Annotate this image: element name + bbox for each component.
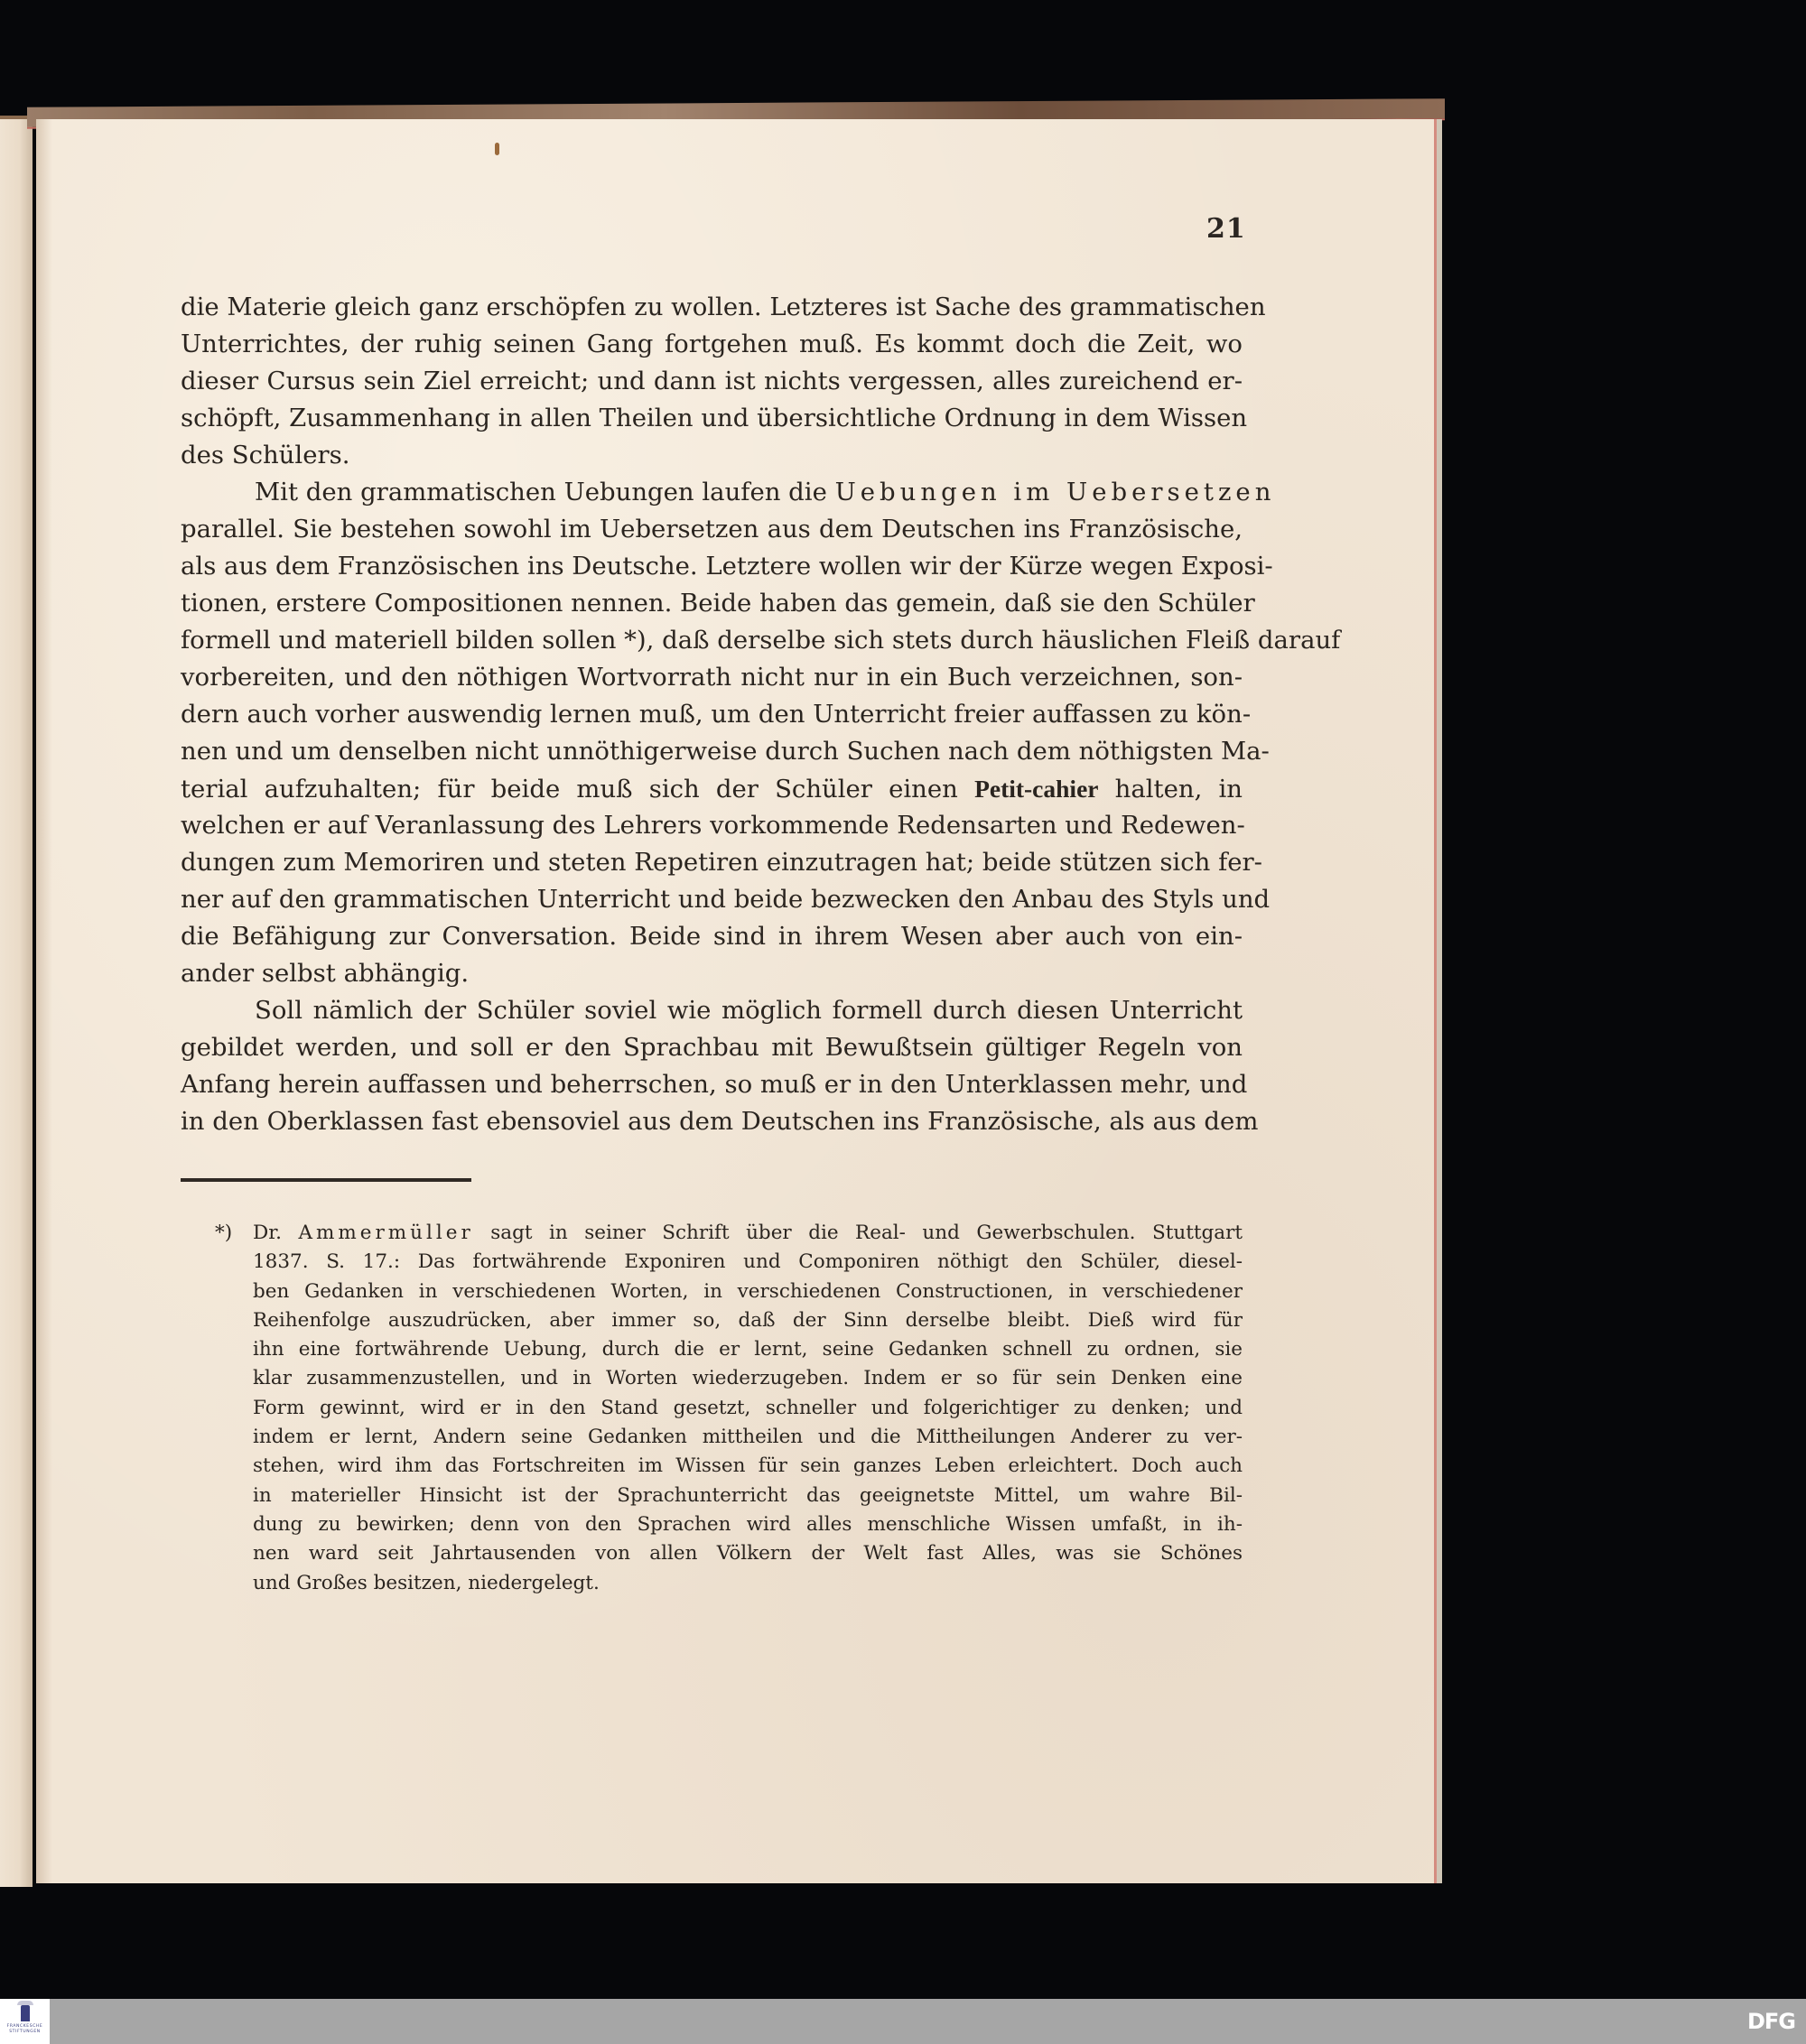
gutter-shadow [36,119,52,1883]
text-span: ihn eine fortwährende Uebung, durch die … [253,1338,1243,1361]
text-span: stehen, wird ihm das Fortschreiten im Wi… [253,1454,1243,1477]
logo-figure-icon [21,2005,30,2021]
text-line: schöpft, Zusammenhang in allen Theilen u… [181,400,1243,437]
text-span: Mit den grammatischen Uebungen laufen di… [255,478,835,506]
footnote-marker: *) [215,1219,232,1248]
text-line: die Befähigung zur Conversation. Beide s… [181,918,1243,955]
text-span: ben Gedanken in verschiedenen Worten, in… [253,1280,1243,1303]
text-line: des Schülers. [181,437,1243,474]
ink-spot [495,143,499,155]
foreign-term: Petit-cahier [974,775,1098,803]
author-name: Ammermüller [298,1222,473,1244]
text-line: welchen er auf Veranlassung des Lehrers … [181,807,1243,844]
text-line: parallel. Sie bestehen sowohl im Ueberse… [181,511,1243,548]
dfg-logo[interactable]: DFG [1747,2009,1795,2034]
text-span: indem er lernt, Andern seine Gedanken mi… [253,1426,1243,1448]
footnote-separator [181,1178,471,1182]
text-line: die Materie gleich ganz erschöpfen zu wo… [181,289,1243,326]
body-text: die Materie gleich ganz erschöpfen zu wo… [181,289,1243,1140]
footnote-line: indem er lernt, Andern seine Gedanken mi… [181,1423,1243,1452]
text-line: tionen, erstere Compositionen nennen. Be… [181,585,1243,622]
text-line: dungen zum Memoriren und steten Repetire… [181,844,1243,881]
text-span: Reihenfolge auszudrücken, aber immer so,… [253,1309,1243,1332]
text-span: terial aufzuhalten; für beide muß sich d… [181,775,974,804]
footnote-line: dung zu bewirken; denn von den Sprachen … [181,1510,1243,1539]
page-number: 21 [1206,213,1246,245]
text-line: ner auf den grammatischen Unterricht und… [181,881,1243,918]
viewer-footer-bar: FRANCKESCHE STIFTUNGEN DFG [0,1999,1806,2044]
text-line: ander selbst abhängig. [181,955,1243,992]
footnote-line: in materieller Hinsicht ist der Sprachun… [181,1482,1243,1510]
text-span: und Großes besitzen, niedergelegt. [253,1572,600,1594]
footnote-line: Reihenfolge auszudrücken, aber immer so,… [181,1306,1243,1335]
text-line: nen und um denselben nicht unnöthigerwei… [181,733,1243,770]
scan-viewport: 21 die Materie gleich ganz erschöpfen zu… [0,0,1806,1999]
footnote-line: 1837. S. 17.: Das fortwährende Exponiren… [181,1248,1243,1277]
text-span: Dr. [253,1222,298,1244]
text-span: nen ward seit Jahrtausenden von allen Vö… [253,1542,1243,1565]
text-line: als aus dem Französischen ins Deutsche. … [181,548,1243,585]
text-line: dern auch vorher auswendig lernen muß, u… [181,696,1243,733]
franckesche-stiftungen-logo[interactable]: FRANCKESCHE STIFTUNGEN [0,1999,50,2044]
text-line: Unterrichtes, der ruhig seinen Gang fort… [181,326,1243,363]
footnote-line: klar zusammenzustellen, und in Worten wi… [181,1364,1243,1393]
book-page: 21 die Materie gleich ganz erschöpfen zu… [36,119,1437,1883]
text-line: terial aufzuhalten; für beide muß sich d… [181,770,1243,807]
text-span: sagt in seiner Schrift über die Real- un… [474,1222,1243,1244]
logo-text-line-2: STIFTUNGEN [7,2030,43,2035]
text-span: halten, in [1098,775,1243,804]
text-line: vorbereiten, und den nöthigen Wortvorrat… [181,659,1243,696]
footnote-line: nen ward seit Jahrtausenden von allen Vö… [181,1539,1243,1568]
text-line: Soll nämlich der Schüler soviel wie mögl… [181,992,1243,1029]
footnote-line: und Großes besitzen, niedergelegt. [181,1569,1243,1598]
text-span: klar zusammenzustellen, und in Worten wi… [253,1367,1243,1389]
text-span: Form gewinnt, wird er in den Stand geset… [253,1397,1243,1419]
emphasized-text: Uebungen im Uebersetzen [835,478,1276,506]
text-span: 1837. S. 17.: Das fortwährende Exponiren… [253,1250,1243,1273]
footnote-line: ben Gedanken in verschiedenen Worten, in… [181,1277,1243,1306]
text-line: in den Oberklassen fast ebensoviel aus d… [181,1103,1243,1140]
footnote-line: Form gewinnt, wird er in den Stand geset… [181,1394,1243,1423]
text-line: dieser Cursus sein Ziel erreicht; und da… [181,363,1243,400]
text-line: gebildet werden, und soll er den Sprachb… [181,1029,1243,1066]
text-span: in materieller Hinsicht ist der Sprachun… [253,1484,1243,1507]
logo-text: FRANCKESCHE STIFTUNGEN [7,2024,43,2035]
text-span: dung zu bewirken; denn von den Sprachen … [253,1513,1243,1536]
text-line: formell und materiell bilden sollen *), … [181,622,1243,659]
text-line: Anfang herein auffassen und beherrschen,… [181,1066,1243,1103]
text-line: Mit den grammatischen Uebungen laufen di… [181,474,1243,511]
footnote-line: *)Dr. Ammermüller sagt in seiner Schrift… [181,1219,1243,1248]
footnote-line: stehen, wird ihm das Fortschreiten im Wi… [181,1452,1243,1481]
footnote: *)Dr. Ammermüller sagt in seiner Schrift… [181,1219,1243,1598]
facing-page-edge [0,116,33,1887]
footnote-line: ihn eine fortwährende Uebung, durch die … [181,1335,1243,1364]
